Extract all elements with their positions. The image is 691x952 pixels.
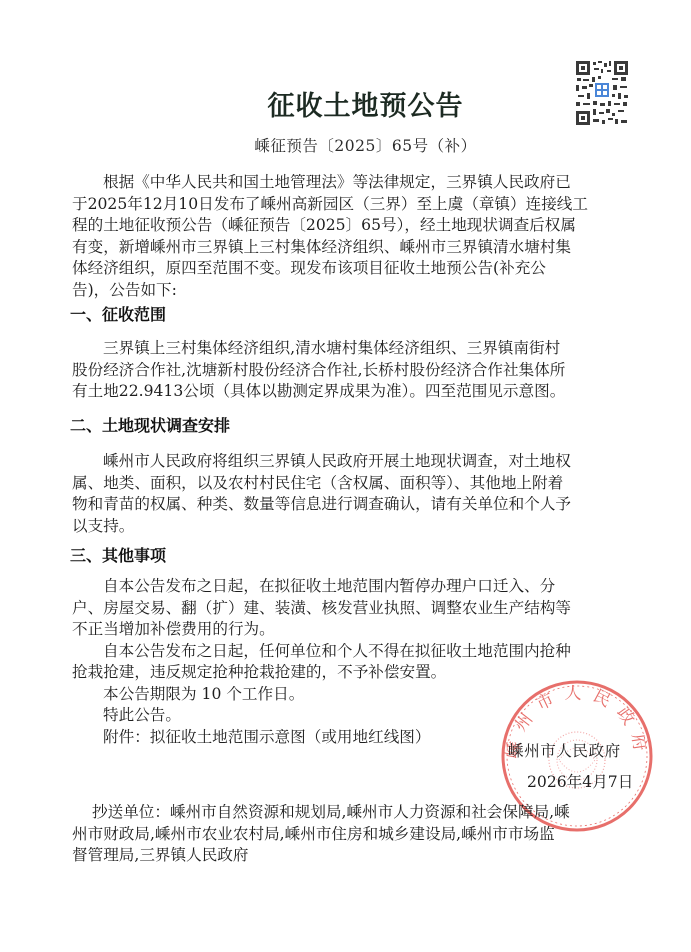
section-heading-scope: 一、征收范围 [70,302,166,325]
text-line: 户、房屋交易、翻（扩）建、装潢、核发营业执照、调整农业生产结构等 [72,598,640,620]
text-line: 有变，新增嵊州市三界镇上三村集体经济组织、嵊州市三界镇清水塘村集 [72,237,640,259]
intro-paragraph: 根据《中华人民共和国土地管理法》等法律规定，三界镇人民政府已 于2025年12月… [72,172,640,301]
closing-text: 特此公告。 [72,705,640,727]
text-line: 属、地类、面积，以及农村村民住宅（含权属、面积等）、其他地上附着 [72,473,640,495]
section-scope-paragraph: 三界镇上三村集体经济组织,清水塘村集体经济组织、三界镇南街村 股份经济合作社,沈… [72,338,640,403]
section-heading-other: 三、其他事项 [70,543,166,566]
text-line: 有土地22.9413公顷（具体以勘测定界成果为准）。四至范围见示意图。 [72,381,640,403]
text-line: 体经济组织，原四至范围不变。现发布该项目征收土地预公告(补充公 [72,258,640,280]
text-line: 自本公告发布之日起，在拟征收土地范围内暂停办理户口迁入、分 [72,576,640,598]
text-line: 州市财政局,嵊州市农业农村局,嵊州市住房和城乡建设局,嵊州市市场监 [72,824,640,846]
text-line: 于2025年12月10日发布了嵊州高新园区（三界）至上虞（章镇）连接线工 [72,194,640,216]
section-survey-paragraph: 嵊州市人民政府将组织三界镇人民政府开展土地现状调查，对土地权 属、地类、面积，以… [72,451,640,537]
text-line: 督管理局,三界镇人民政府 [72,845,640,867]
text-line: 程的土地征收预公告（嵊征预告〔2025〕65号），经土地现状调查后权属 [72,215,640,237]
text-line: 物和青苗的权属、种类、数量等信息进行调查确认，请有关单位和个人予 [72,494,640,516]
text-line: 根据《中华人民共和国土地管理法》等法律规定，三界镇人民政府已 [72,172,640,194]
text-line: 嵊州市人民政府将组织三界镇人民政府开展土地现状调查，对土地权 [72,451,640,473]
text-line: 抢栽抢建，违反规定抢种抢栽抢建的，不予补偿安置。 [72,662,640,684]
notice-period: 本公告期限为 10 个工作日。 [72,684,640,706]
section-other-paragraph: 自本公告发布之日起，在拟征收土地范围内暂停办理户口迁入、分 户、房屋交易、翻（扩… [72,576,640,748]
text-line: 不正当增加补偿费用的行为。 [72,619,640,641]
text-line: 自本公告发布之日起，任何单位和个人不得在拟征收土地范围内抢种 [72,641,640,663]
text-line: 三界镇上三村集体经济组织,清水塘村集体经济组织、三界镇南街村 [72,338,640,360]
section-heading-survey: 二、土地现状调查安排 [70,413,230,436]
text-line: 告)，公告如下: [72,280,640,302]
page-title: 征收土地预公告 [0,84,691,123]
text-line: 抄送单位：嵊州市自然资源和规划局,嵊州市人力资源和社会保障局,嵊 [72,802,640,824]
text-line: 股份经济合作社,沈塘新村股份经济合作社,长桥村股份经济合作社集体所 [72,360,640,382]
issue-date: 2026年4月7日 [527,770,633,792]
issuing-organization: 嵊州市人民政府 [508,739,621,761]
text-line: 以支持。 [72,516,640,538]
document-number: 嵊征预告〔2025〕65号（补） [0,134,691,156]
cc-recipients: 抄送单位：嵊州市自然资源和规划局,嵊州市人力资源和社会保障局,嵊 州市财政局,嵊… [72,802,640,867]
